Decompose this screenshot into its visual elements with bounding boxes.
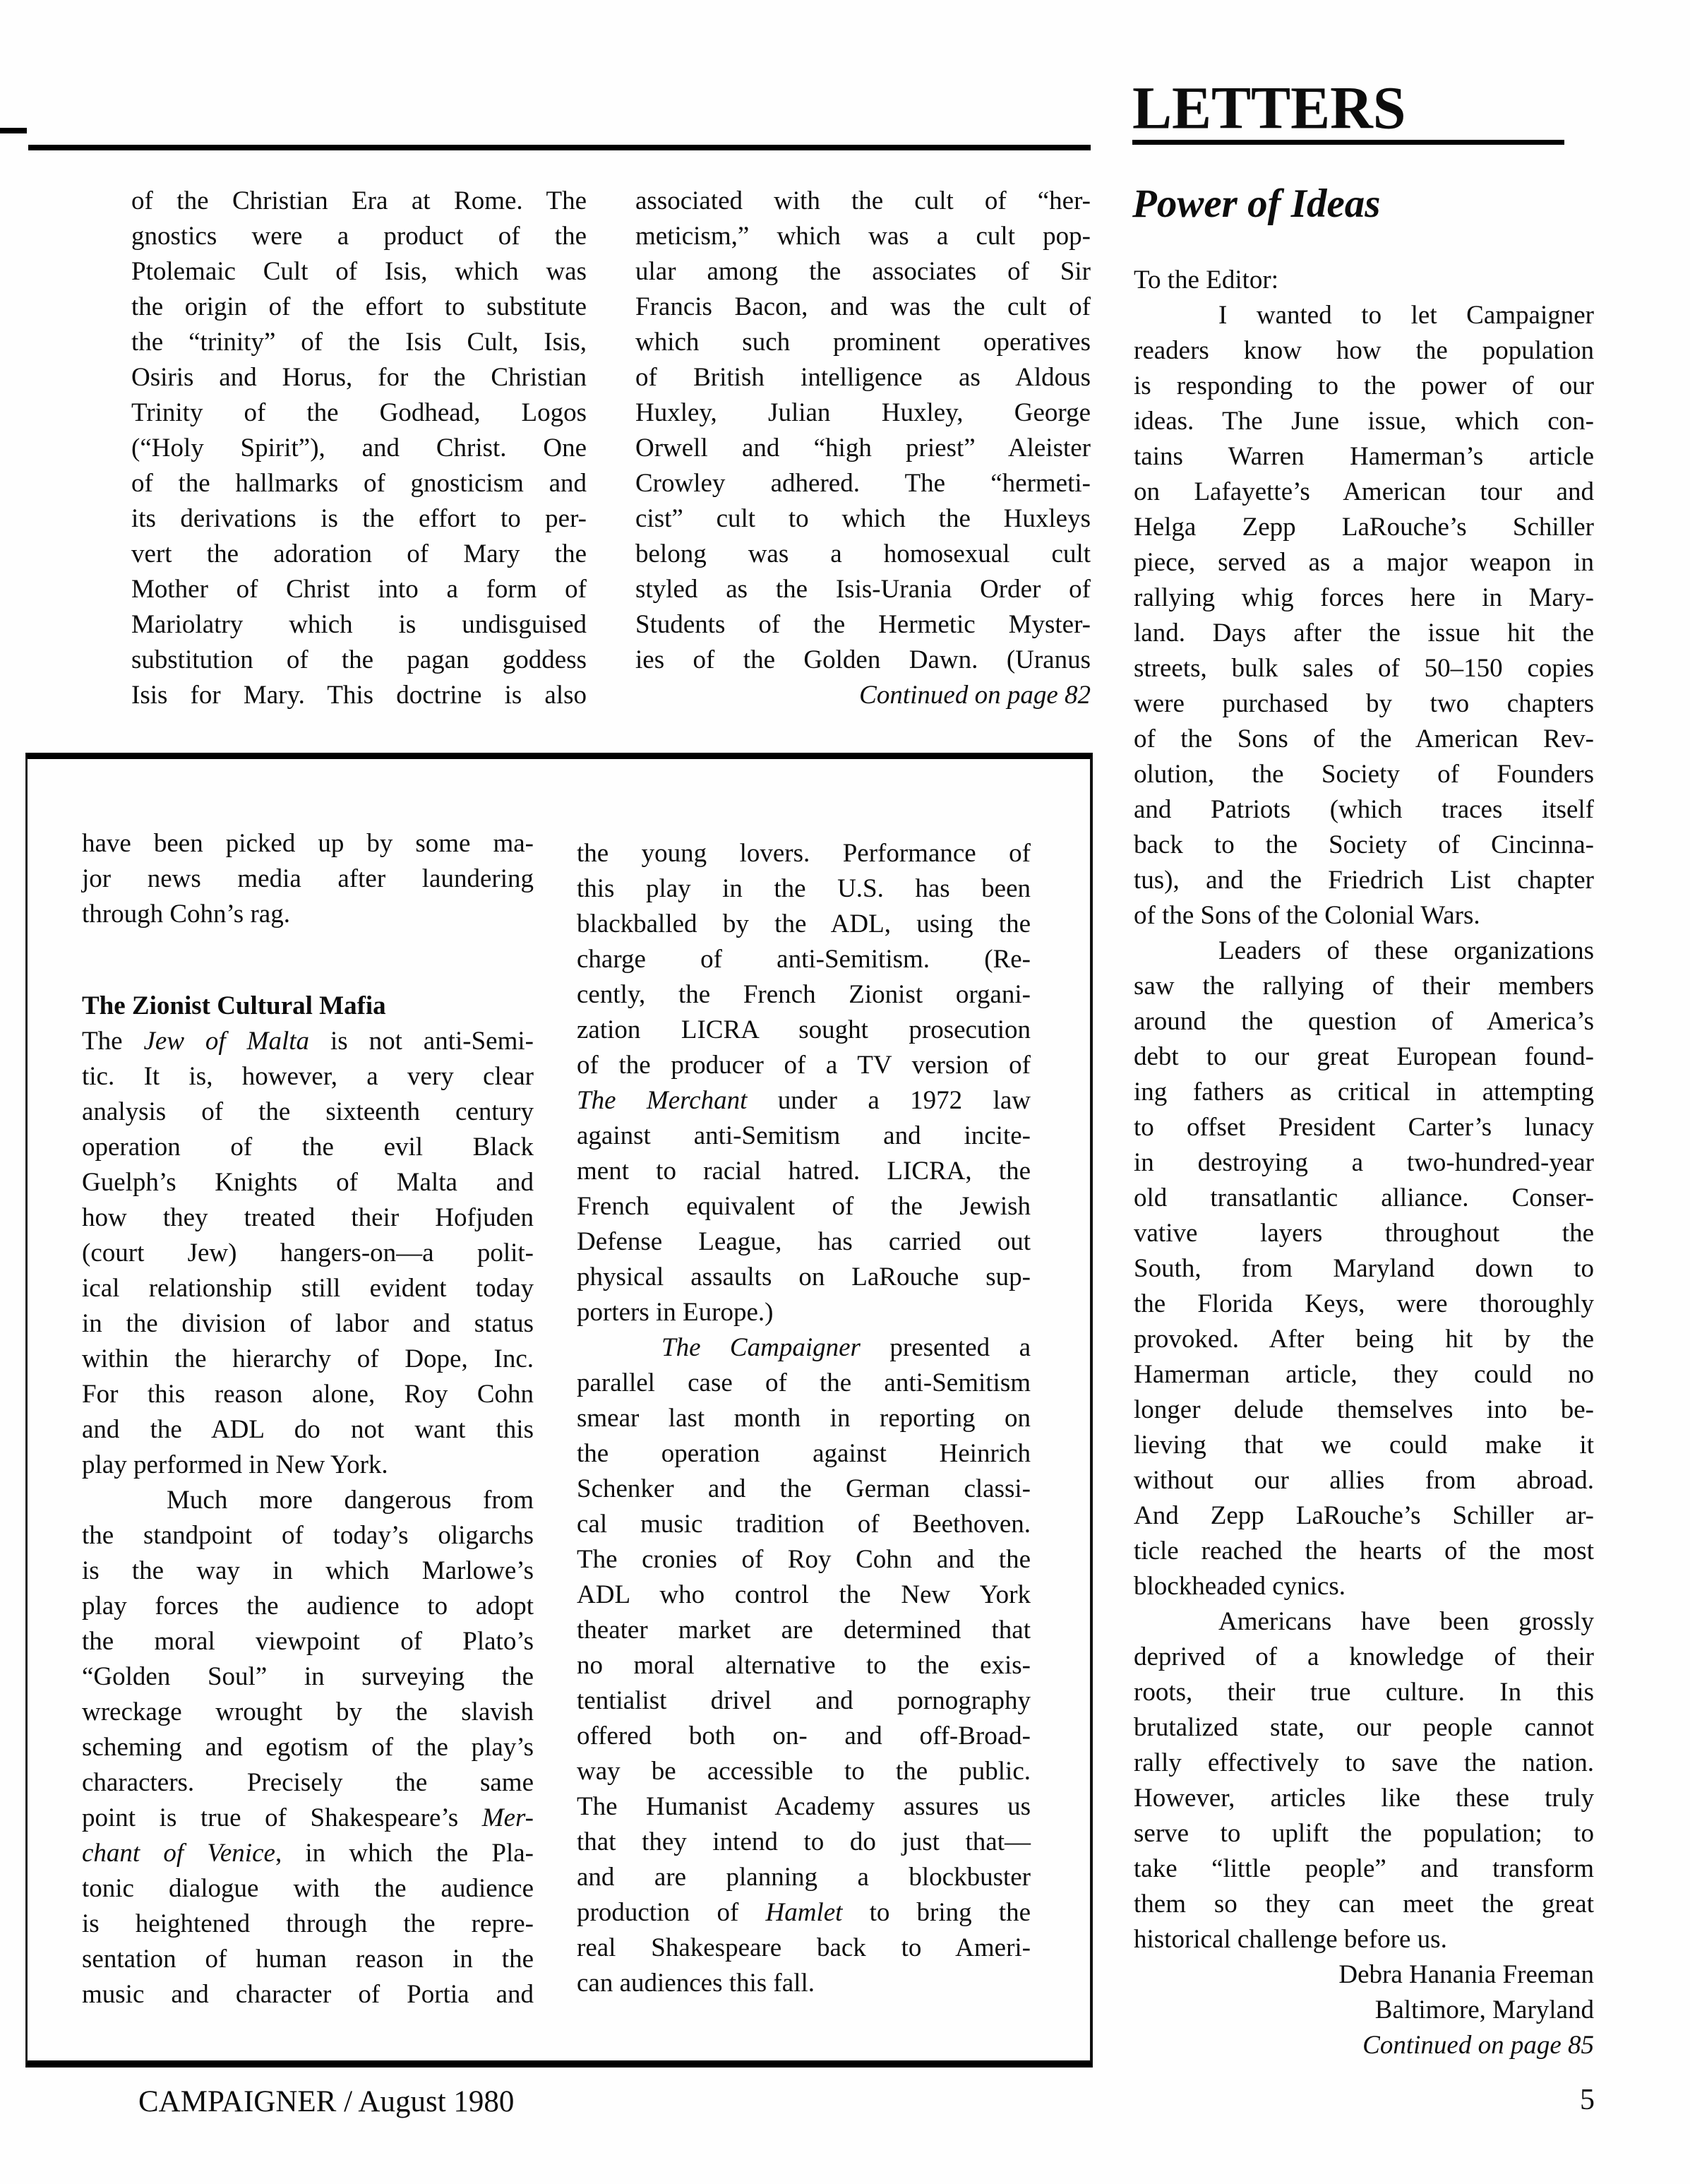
text-line: provoked. After being hit by the [1134,1322,1594,1357]
text-line: streets, bulk sales of 50–150 copies [1134,651,1594,686]
text-line: styled as the Isis-Urania Order of [635,572,1091,607]
box-column-right: the young lovers. Performance ofthis pla… [577,836,1031,2001]
text-line: vert the adoration of Mary the [131,537,587,572]
text-line: Hamerman article, they could no [1134,1357,1594,1392]
text-line: ADL who control the New York [577,1577,1031,1613]
text-line: is heightened through the repre- [82,1906,534,1942]
text-line: readers know how the population [1134,333,1594,369]
text-line: in the division of labor and status [82,1306,534,1342]
text-line: blackballed by the ADL, using the [577,907,1031,942]
text-line: around the question of America’s [1134,1004,1594,1039]
text-line: ical relationship still evident today [82,1271,534,1306]
text-line: saw the rallying of their members [1134,969,1594,1004]
text-line: Huxley, Julian Huxley, George [635,395,1091,431]
text-line: the Florida Keys, were thoroughly [1134,1287,1594,1322]
text-line: I wanted to let Campaigner [1134,298,1594,333]
text-line: The Campaigner presented a [577,1330,1031,1366]
text-line: The Merchant under a 1972 law [577,1083,1031,1118]
box-subheading: The Zionist Cultural Mafia [82,989,534,1024]
text-line: land. Days after the issue hit the [1134,616,1594,651]
text-line: is the way in which Marlowe’s [82,1553,534,1589]
box-column-left: have been picked up by some ma-jor news … [82,826,534,2012]
text-line: tus), and the Friedrich List chapter [1134,863,1594,898]
text-line: operation of the evil Black [82,1130,534,1165]
text-line: Mother of Christ into a form of [131,572,587,607]
text-line: Crowley adhered. The “hermeti- [635,466,1091,501]
text-line: Guelph’s Knights of Malta and [82,1165,534,1200]
text-line: of the Sons of the Colonial Wars. [1134,898,1594,933]
text-line: the operation against Heinrich [577,1436,1031,1472]
text-line: have been picked up by some ma- [82,826,534,861]
text-line: Americans have been grossly [1134,1604,1594,1640]
text-line: scheming and egotism of the play’s [82,1730,534,1765]
masthead-rule [1132,140,1564,145]
text-line: the young lovers. Performance of [577,836,1031,871]
text-line: back to the Society of Cincinna- [1134,828,1594,863]
text-line: ies of the Golden Dawn. (Uranus [635,643,1091,678]
text-line: Defense League, has carried out [577,1224,1031,1260]
text-line: rally effectively to save the nation. [1134,1746,1594,1781]
text-line: point is true of Shakespeare’s Mer- [82,1801,534,1836]
text-line: play forces the audience to adopt [82,1589,534,1624]
text-line: that they intend to do just that— [577,1825,1031,1860]
text-line: can audiences this fall. [577,1966,1031,2001]
footer-page-number: 5 [1580,2083,1595,2117]
text-line: to offset President Carter’s lunacy [1134,1110,1594,1145]
text-line: Orwell and “high priest” Aleister [635,431,1091,466]
text-line: sentation of human reason in the [82,1942,534,1977]
text-line: theater market are determined that [577,1613,1031,1648]
top-horizontal-rule [28,145,1091,150]
text-line: cently, the French Zionist organi- [577,977,1031,1013]
text-line: roots, their true culture. In this [1134,1675,1594,1710]
text-line: production of Hamlet to bring the [577,1895,1031,1931]
text-line: cist” cult to which the Huxleys [635,501,1091,537]
text-line: historical challenge before us. [1134,1922,1594,1957]
text-line: tentialist drivel and pornography [577,1683,1031,1719]
text-line: smear last month in reporting on [577,1401,1031,1436]
text-line: characters. Precisely the same [82,1765,534,1801]
text-line: ing fathers as critical in attempting [1134,1075,1594,1110]
text-line: were purchased by two chapters [1134,686,1594,722]
text-line: against anti-Semitism and incite- [577,1118,1031,1154]
text-line: belong was a homosexual cult [635,537,1091,572]
text-line: Baltimore, Maryland [1134,1993,1594,2028]
text-line: porters in Europe.) [577,1295,1031,1330]
text-line: wreckage wrought by the slavish [82,1695,534,1730]
text-line: physical assaults on LaRouche sup- [577,1260,1031,1295]
text-line: olution, the Society of Founders [1134,757,1594,792]
text-line: Continued on page 82 [635,678,1091,713]
text-line: analysis of the sixteenth century [82,1094,534,1130]
text-line: the moral viewpoint of Plato’s [82,1624,534,1659]
text-line: of British intelligence as Aldous [635,360,1091,395]
text-line: Schenker and the German classi- [577,1472,1031,1507]
text-line: play performed in New York. [82,1448,534,1483]
text-line: The cronies of Roy Cohn and the [577,1542,1031,1577]
text-line: old transatlantic alliance. Conser- [1134,1181,1594,1216]
text-line: parallel case of the anti-Semitism [577,1366,1031,1401]
top-left-dash-rule [0,128,27,133]
text-line: of the Christian Era at Rome. The [131,184,587,219]
text-line: ticle reached the hearts of the most [1134,1534,1594,1569]
text-line: rallying whig forces here in Mary- [1134,580,1594,616]
text-line: associated with the cult of “her- [635,184,1091,219]
text-line: real Shakespeare back to Ameri- [577,1931,1031,1966]
text-line: However, articles like these truly [1134,1781,1594,1816]
text-line: and Patriots (which traces itself [1134,792,1594,828]
text-line: substitution of the pagan goddess [131,643,587,678]
text-line: longer delude themselves into be- [1134,1392,1594,1428]
text-line: tic. It is, however, a very clear [82,1059,534,1094]
text-line: meticism,” which was a cult pop- [635,219,1091,254]
text-line: (“Holy Spirit”), and Christ. One [131,431,587,466]
text-line: within the hierarchy of Dope, Inc. [82,1342,534,1377]
text-line: chant of Venice, in which the Pla- [82,1836,534,1871]
text-line: the standpoint of today’s oligarchs [82,1518,534,1553]
text-line: Much more dangerous from [82,1483,534,1518]
text-line: French equivalent of the Jewish [577,1189,1031,1224]
text-line: Mariolatry which is undisguised [131,607,587,643]
text-line: Osiris and Horus, for the Christian [131,360,587,395]
text-line: vative layers throughout the [1134,1216,1594,1251]
text-line: its derivations is the effort to per- [131,501,587,537]
letter-section-title: Power of Ideas [1132,181,1380,227]
text-line: take “little people” and transform [1134,1851,1594,1887]
text-line: Ptolemaic Cult of Isis, which was [131,254,587,290]
text-line: zation LICRA sought prosecution [577,1013,1031,1048]
text-line: Helga Zepp LaRouche’s Schiller [1134,510,1594,545]
text-line: how they treated their Hofjuden [82,1200,534,1236]
article-column-left: of the Christian Era at Rome. Thegnostic… [131,184,587,713]
text-line: serve to uplift the population; to [1134,1816,1594,1851]
text-line: way be accessible to the public. [577,1754,1031,1789]
text-line: The Humanist Academy assures us [577,1789,1031,1825]
text-line: music and character of Portia and [82,1977,534,2012]
boxed-article: have been picked up by some ma-jor news … [25,753,1093,2067]
text-line: ment to racial hatred. LICRA, the [577,1154,1031,1189]
text-line: brutalized state, our people cannot [1134,1710,1594,1746]
text-line: cal music tradition of Beethoven. [577,1507,1031,1542]
text-line: Continued on page 85 [1134,2028,1594,2063]
text-line: of the hallmarks of gnosticism and [131,466,587,501]
text-line: Debra Hanania Freeman [1134,1957,1594,1993]
text-line: charge of anti-Semitism. (Re- [577,942,1031,977]
text-line: blockheaded cynics. [1134,1569,1594,1604]
text-line: gnostics were a product of the [131,219,587,254]
text-line: no moral alternative to the exis- [577,1648,1031,1683]
text-line: jor news media after laundering [82,861,534,897]
text-line: and are planning a blockbuster [577,1860,1031,1895]
text-line: this play in the U.S. has been [577,871,1031,907]
text-line: debt to our great European found- [1134,1039,1594,1075]
text-line: To the Editor: [1134,263,1594,298]
text-line: without our allies from abroad. [1134,1463,1594,1498]
text-line: South, from Maryland down to [1134,1251,1594,1287]
text-line: And Zepp LaRouche’s Schiller ar- [1134,1498,1594,1534]
text-line: tains Warren Hamerman’s article [1134,439,1594,475]
text-line: ideas. The June issue, which con- [1134,404,1594,439]
article-column-middle: associated with the cult of “her-meticis… [635,184,1091,713]
text-line: “Golden Soul” in surveying the [82,1659,534,1695]
text-line: of the producer of a TV version of [577,1048,1031,1083]
text-line: For this reason alone, Roy Cohn [82,1377,534,1412]
text-line: piece, served as a major weapon in [1134,545,1594,580]
text-line: Students of the Hermetic Myster- [635,607,1091,643]
text-line: tonic dialogue with the audience [82,1871,534,1906]
text-line: Leaders of these organizations [1134,933,1594,969]
text-line: on Lafayette’s American tour and [1134,475,1594,510]
text-line: Trinity of the Godhead, Logos [131,395,587,431]
text-line: deprived of a knowledge of their [1134,1640,1594,1675]
page: { "masthead": { "title": "LETTERS" }, "a… [0,0,1690,2184]
text-line: the origin of the effort to substitute [131,290,587,325]
text-line: in destroying a two-hundred-year [1134,1145,1594,1181]
footer-journal: CAMPAIGNER / August 1980 [138,2084,514,2119]
text-line: lieving that we could make it [1134,1428,1594,1463]
text-line: and the ADL do not want this [82,1412,534,1448]
text-line: (court Jew) hangers-on—a polit- [82,1236,534,1271]
text-line: offered both on- and off-Broad- [577,1719,1031,1754]
section-masthead: LETTERS [1132,73,1406,143]
text-line: which such prominent operatives [635,325,1091,360]
text-line: of the Sons of the American Rev- [1134,722,1594,757]
text-line: ular among the associates of Sir [635,254,1091,290]
text-line: through Cohn’s rag. [82,897,534,932]
text-line: the “trinity” of the Isis Cult, Isis, [131,325,587,360]
text-line: Francis Bacon, and was the cult of [635,290,1091,325]
text-line: them so they can meet the great [1134,1887,1594,1922]
text-line: is responding to the power of our [1134,369,1594,404]
text-line: Isis for Mary. This doctrine is also [131,678,587,713]
letter-column: To the Editor:I wanted to let Campaigner… [1134,263,1594,2063]
text-line: The Jew of Malta is not anti-Semi- [82,1024,534,1059]
